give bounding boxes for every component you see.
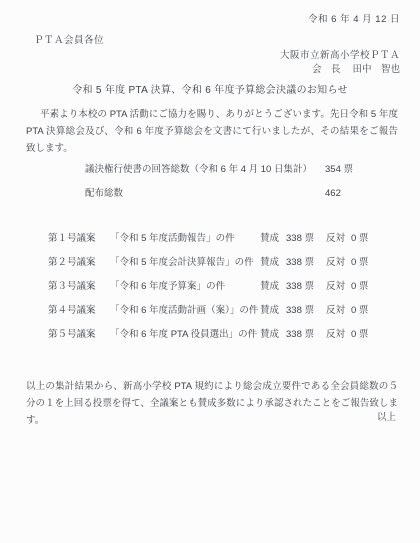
document-title: 令和 5 年度 PTA 決算、令和 6 年度予算総会決議のお知らせ [0,85,420,98]
resolution-row: 第５号議案 「令和 6 年度 PTA 役員選出」の件 賛成 338 票 反対 0… [0,329,420,342]
approve-label: 賛成 [260,257,279,269]
approve-votes: 338 票 [286,305,314,317]
resolution-title: 「令和 6 年度予算案」の件 [110,281,225,293]
oppose-label: 反対 [326,305,345,317]
sender-name: 田中 智也 [352,64,400,75]
sender-organization: 大阪市立新高小学校ＰＴＡ [280,50,400,62]
approve-label: 賛成 [260,329,279,341]
summary-label: 配布総数 [85,188,123,200]
resolution-number: 第４号議案 [48,305,96,317]
approve-votes: 338 票 [286,257,314,269]
resolution-number: 第２号議案 [48,257,96,269]
approve-votes: 338 票 [286,281,314,293]
resolution-number: 第１号議案 [48,233,96,245]
document-date: 令和 6 年 4 月 12 日 [308,14,400,26]
oppose-votes: 0 票 [351,329,368,341]
summary-row-vote-responses: 議決権行使書の回答総数（令和 6 年 4 月 10 日集計） 354 票 [0,164,420,177]
oppose-label: 反対 [326,233,345,245]
oppose-label: 反対 [326,257,345,269]
approve-label: 賛成 [260,233,279,245]
closing-mark: 以上 [377,412,396,424]
approve-votes: 338 票 [286,329,314,341]
closing-paragraph: 以上の集計結果から、新高小学校 PTA 規約により総会成立要件である全会員総数の… [26,378,398,429]
summary-value: 354 票 [325,164,353,176]
approve-label: 賛成 [260,281,279,293]
approve-votes: 338 票 [286,233,314,245]
resolution-row: 第１号議案 「令和 5 年度活動報告」の件 賛成 338 票 反対 0 票 [0,233,420,246]
resolution-row: 第３号議案 「令和 6 年度予算案」の件 賛成 338 票 反対 0 票 [0,281,420,294]
pta-notice-document: 令和 6 年 4 月 12 日 ＰＴＡ会員各位 大阪市立新高小学校ＰＴＡ 会 長… [0,0,420,543]
resolution-row: 第４号議案 「令和 6 年度活動計画（案）」の件 賛成 338 票 反対 0 票 [0,305,420,318]
summary-label: 議決権行使書の回答総数（令和 6 年 4 月 10 日集計） [85,164,312,176]
resolution-number: 第３号議案 [48,281,96,293]
resolution-title: 「令和 5 年度会計決算報告」の件 [110,257,254,269]
resolution-title: 「令和 6 年度 PTA 役員選出」の件 [110,329,257,341]
summary-row-distributed-total: 配布総数 462 [0,188,420,201]
oppose-votes: 0 票 [351,281,368,293]
oppose-label: 反対 [326,329,345,341]
resolution-title: 「令和 5 年度活動報告」の件 [110,233,235,245]
resolution-number: 第５号議案 [48,329,96,341]
resolution-row: 第２号議案 「令和 5 年度会計決算報告」の件 賛成 338 票 反対 0 票 [0,257,420,270]
summary-value: 462 [325,188,341,200]
recipient: ＰＴＡ会員各位 [34,35,104,47]
oppose-votes: 0 票 [351,305,368,317]
oppose-votes: 0 票 [351,257,368,269]
oppose-label: 反対 [326,281,345,293]
approve-label: 賛成 [260,305,279,317]
sender-role: 会 長 [312,64,341,75]
sender-line: 会 長田中 智也 [312,64,400,76]
resolution-title: 「令和 6 年度活動計画（案）」の件 [110,305,258,317]
oppose-votes: 0 票 [351,233,368,245]
body-paragraph: 平素より本校の PTA 活動にご協力を賜り、ありがとうございます。先日令和 5 … [26,106,398,157]
